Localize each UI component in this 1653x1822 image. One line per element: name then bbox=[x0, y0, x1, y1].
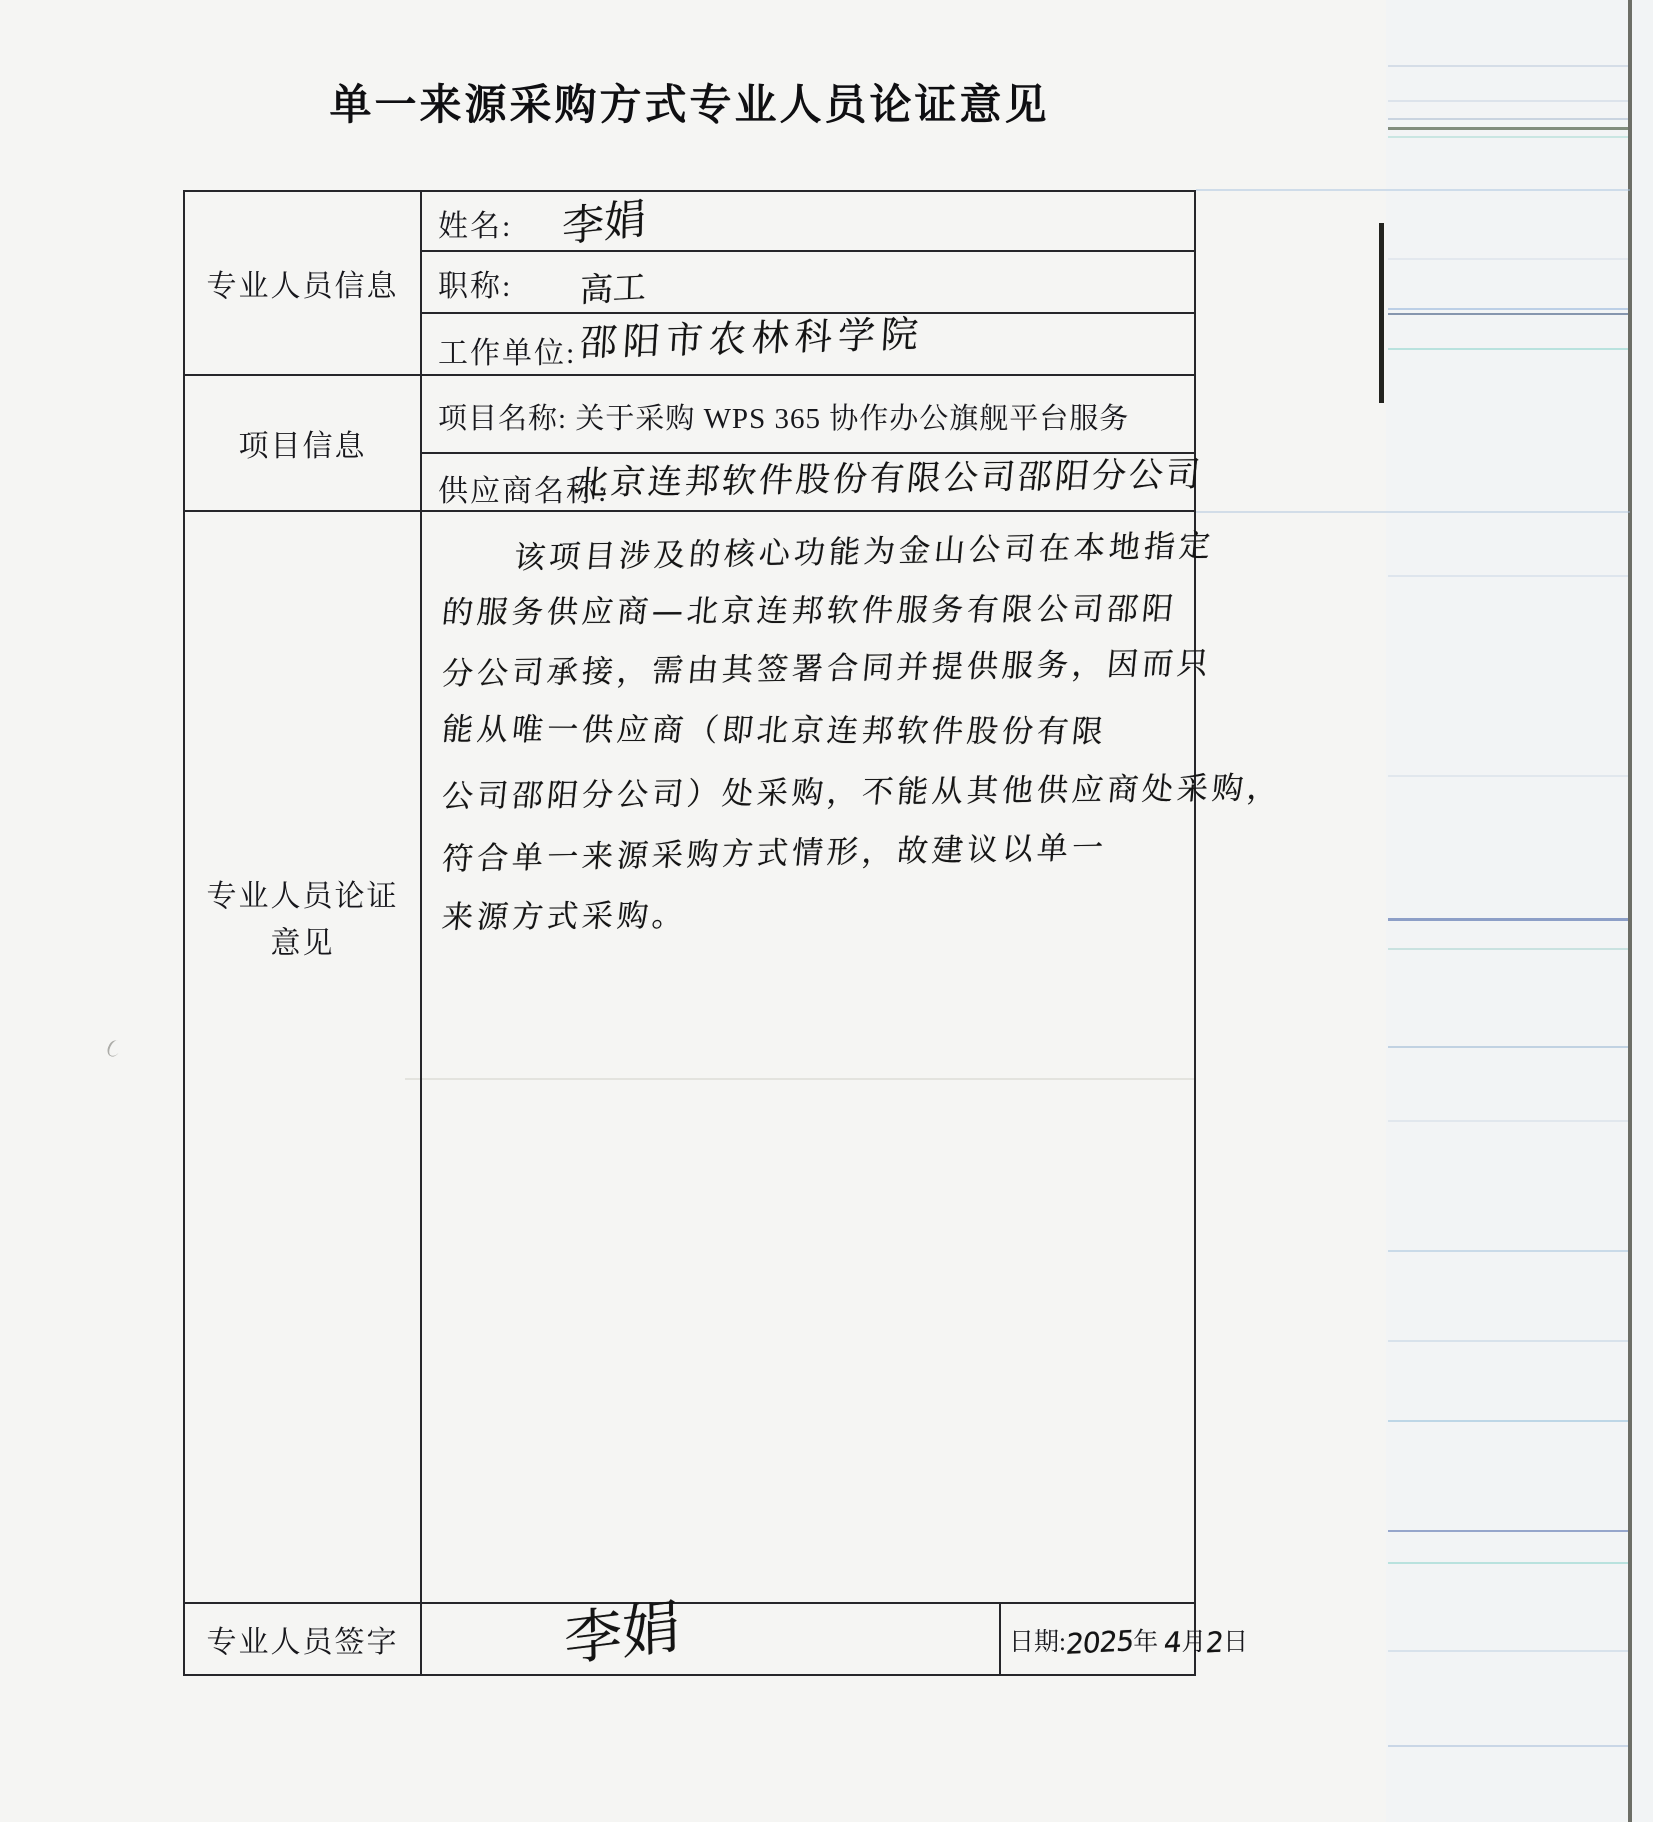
project-name-label: 项目名称: bbox=[438, 403, 567, 435]
ruled-line bbox=[1388, 313, 1628, 315]
scan-blue-line bbox=[1196, 511, 1630, 513]
field-workunit-row: 工作单位: 邵阳市农林科学院 bbox=[422, 312, 1194, 374]
ruled-line bbox=[1388, 136, 1628, 138]
section-label-personnel: 专业人员信息 bbox=[185, 192, 422, 374]
scan-black-mark bbox=[1379, 223, 1384, 403]
opinion-handwritten-text: 该项目涉及的核心功能为金山公司在本地指定 的服务供应商—北京连邦软件服务有限公司… bbox=[422, 512, 1194, 1602]
page-title: 单一来源采购方式专业人员论证意见 bbox=[183, 72, 1196, 132]
ruled-paper-edge bbox=[1386, 0, 1653, 1822]
opinion-line: 符合单一来源采购方式情形，故建议以单一 bbox=[441, 831, 1190, 875]
opinion-line: 该项目涉及的核心功能为金山公司在本地指定 bbox=[441, 531, 1190, 575]
ruled-line bbox=[1388, 308, 1628, 310]
workunit-label: 工作单位: bbox=[438, 328, 576, 372]
section-project-info: 项目信息 项目名称: 关于采购 WPS 365 协作办公旗舰平台服务 供应商名称… bbox=[185, 374, 1194, 510]
opinion-line: 公司邵阳分公司）处采购，不能从其他供应商处采购， bbox=[441, 774, 1190, 813]
field-project-name-row: 项目名称: 关于采购 WPS 365 协作办公旗舰平台服务 bbox=[422, 376, 1194, 452]
section-signature: 专业人员签字 李娟 日期:2025年 4月2日 bbox=[185, 1602, 1194, 1674]
ruled-line bbox=[1388, 948, 1628, 950]
section-label-text: 专业人员信息 bbox=[207, 261, 399, 305]
ruled-line bbox=[1388, 127, 1628, 130]
name-label: 姓名: bbox=[438, 201, 512, 245]
section-personnel-info: 专业人员信息 姓名: 李娟 职称: 高工 工作单位: 邵阳市农林科学院 bbox=[185, 192, 1194, 374]
ruled-line bbox=[1388, 1745, 1628, 1747]
section-label-project: 项目信息 bbox=[185, 376, 422, 510]
ruled-line bbox=[1388, 348, 1628, 350]
supplier-handwritten-value: 北京连邦软件股份有限公司邵阳分公司 bbox=[572, 458, 1204, 501]
date-day-handwritten: 2 bbox=[1205, 1625, 1225, 1659]
scanned-document-page: 单一来源采购方式专业人员论证意见 专业人员信息 姓名: 李娟 职称: 高工 工作… bbox=[0, 0, 1653, 1822]
ruled-line bbox=[1388, 575, 1628, 577]
date-cell: 日期:2025年 4月2日 bbox=[1001, 1604, 1194, 1674]
opinion-label-line2: 意见 bbox=[207, 921, 399, 968]
ruled-line bbox=[1388, 918, 1628, 921]
ruled-line bbox=[1388, 1562, 1628, 1564]
opinion-label-line1: 专业人员论证 bbox=[207, 874, 399, 921]
ruled-line bbox=[1388, 1340, 1628, 1342]
field-name-row: 姓名: 李娟 bbox=[422, 192, 1194, 250]
ruled-line bbox=[1388, 100, 1628, 102]
opinion-line: 能从唯一供应商（即北京连邦软件股份有限 bbox=[440, 715, 1189, 749]
ruled-line bbox=[1388, 65, 1628, 67]
date-year-handwritten: 2025 bbox=[1065, 1624, 1135, 1661]
ruled-line bbox=[1388, 258, 1628, 260]
ruled-line bbox=[1388, 118, 1628, 120]
ruled-line bbox=[1388, 775, 1628, 777]
date-year-suffix: 年 bbox=[1133, 1629, 1164, 1656]
date-day-suffix: 日 bbox=[1223, 1629, 1248, 1656]
opinion-line: 来源方式采购。 bbox=[440, 897, 1189, 933]
section-label-signature: 专业人员签字 bbox=[185, 1604, 422, 1674]
date-label: 日期: bbox=[1009, 1629, 1066, 1656]
opinion-line: 分公司承接，需由其签署合同并提供服务，因而只 bbox=[441, 649, 1190, 690]
scan-blue-line bbox=[1196, 189, 1630, 191]
ruled-line bbox=[1388, 1650, 1628, 1652]
field-title-row: 职称: 高工 bbox=[422, 250, 1194, 312]
title-label: 职称: bbox=[438, 261, 512, 305]
scan-edge-line bbox=[1628, 0, 1632, 1822]
ruled-line bbox=[1388, 1120, 1628, 1122]
section-label-text: 专业人员签字 bbox=[207, 1617, 399, 1661]
project-name-value: 关于采购 WPS 365 协作办公旗舰平台服务 bbox=[575, 403, 1129, 435]
name-handwritten-value: 李娟 bbox=[562, 197, 646, 248]
field-supplier-row: 供应商名称: 北京连邦软件股份有限公司邵阳分公司 bbox=[422, 452, 1194, 510]
workunit-handwritten-value: 邵阳市农林科学院 bbox=[579, 315, 925, 361]
date-month-suffix: 月 bbox=[1181, 1629, 1206, 1656]
section-opinion: 专业人员论证 意见 该项目涉及的核心功能为金山公司在本地指定 的服务供应商—北京… bbox=[185, 510, 1194, 1602]
ruled-line bbox=[1388, 1250, 1628, 1252]
section-label-text: 项目信息 bbox=[239, 421, 367, 465]
ruled-line bbox=[1388, 1530, 1628, 1532]
ruled-line bbox=[1388, 1046, 1628, 1048]
section-label-opinion: 专业人员论证 意见 bbox=[185, 512, 422, 1602]
date-month-handwritten: 4 bbox=[1163, 1625, 1183, 1659]
form-table: 专业人员信息 姓名: 李娟 职称: 高工 工作单位: 邵阳市农林科学院 bbox=[183, 190, 1196, 1676]
scan-smudge bbox=[105, 1038, 123, 1058]
signature-cell: 李娟 bbox=[422, 1604, 1001, 1674]
opinion-line: 的服务供应商—北京连邦软件服务有限公司邵阳 bbox=[440, 594, 1189, 629]
signature-handwritten: 李娟 bbox=[564, 1597, 680, 1669]
ruled-line bbox=[1388, 1420, 1628, 1422]
title-handwritten-value: 高工 bbox=[579, 270, 646, 307]
